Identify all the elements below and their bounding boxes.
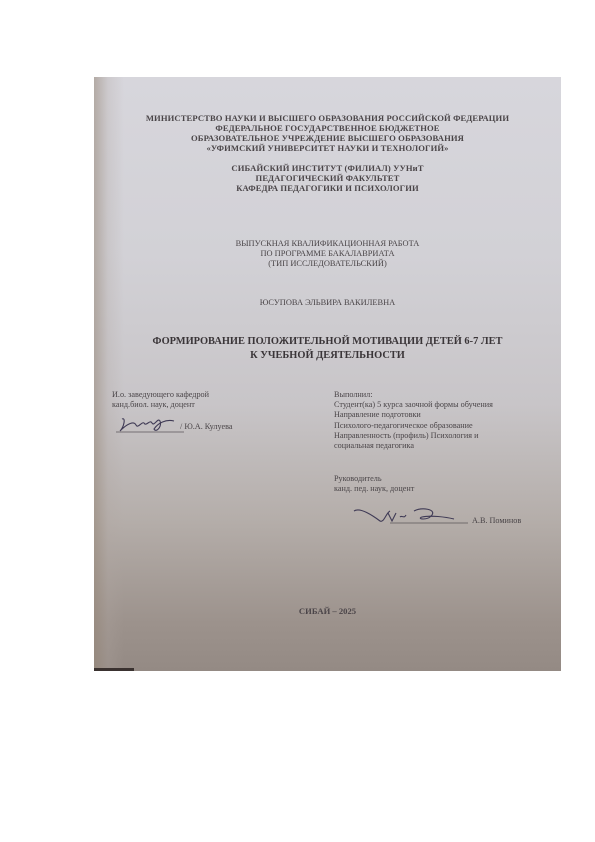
performed-by-block: Выполнил: Студент(ка) 5 курса заочной фо…: [334, 390, 493, 451]
thesis-title-line: К УЧЕБНОЙ ДЕЯТЕЛЬНОСТИ: [94, 349, 561, 363]
university-name: «УФИМСКИЙ УНИВЕРСИТЕТ НАУКИ И ТЕХНОЛОГИЙ…: [94, 143, 561, 153]
head-signature-name: / Ю.А. Кулуева: [180, 422, 232, 431]
head-degree: канд.биол. наук, доцент: [112, 400, 209, 410]
department-name: КАФЕДРА ПЕДАГОГИКИ И ПСИХОЛОГИИ: [94, 183, 561, 193]
work-type-line: (ТИП ИССЛЕДОВАТЕЛЬСКИЙ): [94, 259, 561, 269]
institute-name: СИБАЙСКИЙ ИНСТИТУТ (ФИЛИАЛ) УУНиТ: [94, 163, 561, 173]
ministry-line: МИНИСТЕРСТВО НАУКИ И ВЫСШЕГО ОБРАЗОВАНИЯ…: [94, 113, 561, 123]
city-year: СИБАЙ – 2025: [94, 606, 561, 616]
direction-value: Психолого-педагогическое образование: [334, 421, 493, 431]
profile-line: социальная педагогика: [334, 441, 493, 451]
direction-label: Направление подготовки: [334, 410, 493, 420]
thesis-title-line: ФОРМИРОВАНИЕ ПОЛОЖИТЕЛЬНОЙ МОТИВАЦИИ ДЕТ…: [94, 335, 561, 349]
head-position: И.о. заведующего кафедрой: [112, 390, 209, 400]
performed-by-label: Выполнил:: [334, 390, 493, 400]
supervisor-label: Руководитель: [334, 474, 414, 484]
supervisor-block: Руководитель канд. пед. наук, доцент: [334, 474, 414, 494]
work-type-line: ПО ПРОГРАММЕ БАКАЛАВРИАТА: [94, 249, 561, 259]
student-course: Студент(ка) 5 курса заочной формы обучен…: [334, 400, 493, 410]
supervisor-degree: канд. пед. наук, доцент: [334, 484, 414, 494]
ministry-line: ОБРАЗОВАТЕЛЬНОЕ УЧРЕЖДЕНИЕ ВЫСШЕГО ОБРАЗ…: [94, 133, 561, 143]
profile-line: Направленность (профиль) Психология и: [334, 431, 493, 441]
work-type-line: ВЫПУСКНАЯ КВАЛИФИКАЦИОННАЯ РАБОТА: [94, 239, 561, 249]
title-page-photo: МИНИСТЕРСТВО НАУКИ И ВЫСШЕГО ОБРАЗОВАНИЯ…: [94, 77, 561, 671]
faculty-name: ПЕДАГОГИЧЕСКИЙ ФАКУЛЬТЕТ: [94, 173, 561, 183]
supervisor-signature: [350, 505, 470, 529]
ministry-line: ФЕДЕРАЛЬНОЕ ГОСУДАРСТВЕННОЕ БЮДЖЕТНОЕ: [94, 123, 561, 133]
head-signature: [114, 413, 184, 437]
supervisor-signature-name: А.В. Поминов: [472, 516, 521, 525]
author-name: ЮСУПОВА ЭЛЬВИРА ВАКИЛЕВНА: [94, 298, 561, 308]
head-of-department-block: И.о. заведующего кафедрой канд.биол. нау…: [112, 390, 209, 410]
